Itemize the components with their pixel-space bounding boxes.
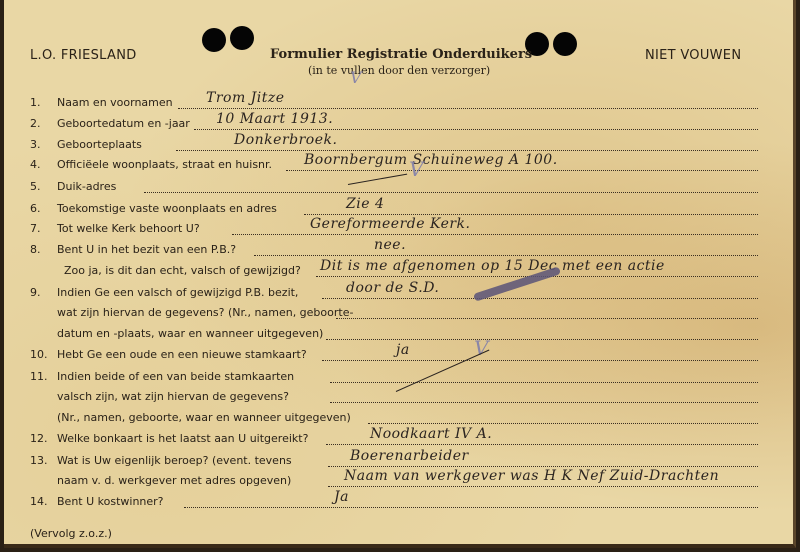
- answer-line: [184, 507, 758, 508]
- answer-line: [368, 423, 758, 424]
- answer-line: [194, 129, 758, 130]
- question-label: Officiëele woonplaats, straat en huisnr.: [57, 158, 272, 171]
- answer-line: [328, 466, 758, 467]
- punch-hole: [553, 32, 577, 56]
- question-row: 9.Indien Ge een valsch of gewijzigd P.B.…: [4, 286, 796, 306]
- answer-line: [328, 486, 758, 487]
- question-label: Hebt Ge een oude en een nieuwe stamkaart…: [57, 348, 307, 361]
- handwritten-answer: Gereformeerde Kerk.: [310, 216, 470, 232]
- question-label: Naam en voornamen: [57, 96, 173, 109]
- question-label: Bent U in het bezit van een P.B.?: [57, 243, 236, 256]
- answer-line: [330, 382, 758, 383]
- handwritten-answer: ja: [396, 342, 410, 358]
- registration-form-card: L.O. FRIESLAND Formulier Registratie Ond…: [4, 0, 796, 548]
- handwritten-answer: Boerenarbeider: [350, 448, 469, 464]
- handwritten-answer: Trom Jitze: [206, 90, 285, 106]
- answer-line: [176, 150, 758, 151]
- handwritten-answer: Boornbergum Schuineweg A 100.: [304, 152, 558, 168]
- question-row: 2.Geboortedatum en -jaar10 Maart 1913.: [4, 117, 796, 137]
- pencil-check-mark: V: [350, 68, 362, 87]
- question-label: valsch zijn, wat zijn hiervan de gegeven…: [57, 390, 289, 403]
- question-number: 5.: [30, 180, 56, 193]
- question-number: 11.: [30, 370, 56, 383]
- question-number: 3.: [30, 138, 56, 151]
- handwritten-answer: door de S.D.: [346, 280, 439, 296]
- pencil-check-mark: V: [409, 157, 423, 181]
- answer-line: [286, 170, 758, 171]
- question-number: 1.: [30, 96, 56, 109]
- question-label: Indien Ge een valsch of gewijzigd P.B. b…: [57, 286, 298, 299]
- question-row: 1.Naam en voornamenTrom Jitze: [4, 96, 796, 116]
- question-row: 10.Hebt Ge een oude en een nieuwe stamka…: [4, 348, 796, 368]
- question-number: 13.: [30, 454, 56, 467]
- punch-hole: [230, 26, 254, 50]
- question-number: 7.: [30, 222, 56, 235]
- handwritten-answer: Zie 4: [346, 196, 384, 212]
- handwritten-answer: Donkerbroek.: [234, 132, 337, 148]
- question-label: Wat is Uw eigenlijk beroep? (event. teve…: [57, 454, 292, 467]
- question-row: 11.Indien beide of een van beide stamkaa…: [4, 370, 796, 390]
- question-number: 4.: [30, 158, 56, 171]
- question-number: 12.: [30, 432, 56, 445]
- form-title: Formulier Registratie Onderduikers: [270, 47, 532, 62]
- handwritten-answer: Dit is me afgenomen op 15 Dec met een ac…: [320, 258, 665, 274]
- answer-line: [326, 339, 758, 340]
- pencil-check-mark: V: [474, 336, 488, 360]
- question-row: naam v. d. werkgever met adres opgeven)N…: [4, 474, 796, 494]
- answer-line: [232, 234, 758, 235]
- question-label: Toekomstige vaste woonplaats en adres: [57, 202, 277, 215]
- continue-note: (Vervolg z.o.z.): [30, 527, 112, 540]
- question-label: datum en -plaats, waar en wanneer uitgeg…: [57, 327, 323, 340]
- question-number: 9.: [30, 286, 56, 299]
- punch-hole: [202, 28, 226, 52]
- question-label: wat zijn hiervan de gegevens? (Nr., name…: [57, 306, 353, 319]
- question-row: valsch zijn, wat zijn hiervan de gegeven…: [4, 390, 796, 410]
- answer-line: [304, 214, 758, 215]
- question-row: 5.Duik-adres: [4, 180, 796, 200]
- question-label: Zoo ja, is dit dan echt, valsch of gewij…: [64, 264, 301, 277]
- handwritten-answer: Ja: [334, 489, 349, 505]
- question-label: Indien beide of een van beide stamkaarte…: [57, 370, 294, 383]
- handwritten-answer: 10 Maart 1913.: [216, 111, 333, 127]
- question-number: 8.: [30, 243, 56, 256]
- handwritten-answer: Naam van werkgever was H K Nef Zuid-Drac…: [344, 468, 719, 484]
- answer-line: [322, 298, 758, 299]
- question-row: wat zijn hiervan de gegevens? (Nr., name…: [4, 306, 796, 326]
- answer-line: [330, 402, 758, 403]
- question-number: 10.: [30, 348, 56, 361]
- question-label: Tot welke Kerk behoort U?: [57, 222, 200, 235]
- answer-line: [326, 444, 758, 445]
- question-number: 2.: [30, 117, 56, 130]
- form-subtitle: (in te vullen door den verzorger): [308, 64, 490, 77]
- question-number: 14.: [30, 495, 56, 508]
- handwritten-answer: Noodkaart IV A.: [370, 426, 492, 442]
- answer-line: [144, 192, 758, 193]
- question-row: 14.Bent U kostwinner?Ja: [4, 495, 796, 515]
- question-label: Geboortedatum en -jaar: [57, 117, 190, 130]
- question-label: (Nr., namen, geboorte, waar en wanneer u…: [57, 411, 351, 424]
- handwritten-answer: nee.: [374, 237, 406, 253]
- answer-line: [254, 255, 758, 256]
- answer-line: [322, 360, 758, 361]
- question-label: Duik-adres: [57, 180, 116, 193]
- answer-line: [336, 318, 758, 319]
- answer-line: [178, 108, 758, 109]
- question-label: Geboorteplaats: [57, 138, 142, 151]
- question-label: Bent U kostwinner?: [57, 495, 164, 508]
- notice-label: NIET VOUWEN: [645, 48, 741, 63]
- organization-label: L.O. FRIESLAND: [30, 48, 137, 63]
- question-label: naam v. d. werkgever met adres opgeven): [57, 474, 291, 487]
- question-label: Welke bonkaart is het laatst aan U uitge…: [57, 432, 308, 445]
- question-number: 6.: [30, 202, 56, 215]
